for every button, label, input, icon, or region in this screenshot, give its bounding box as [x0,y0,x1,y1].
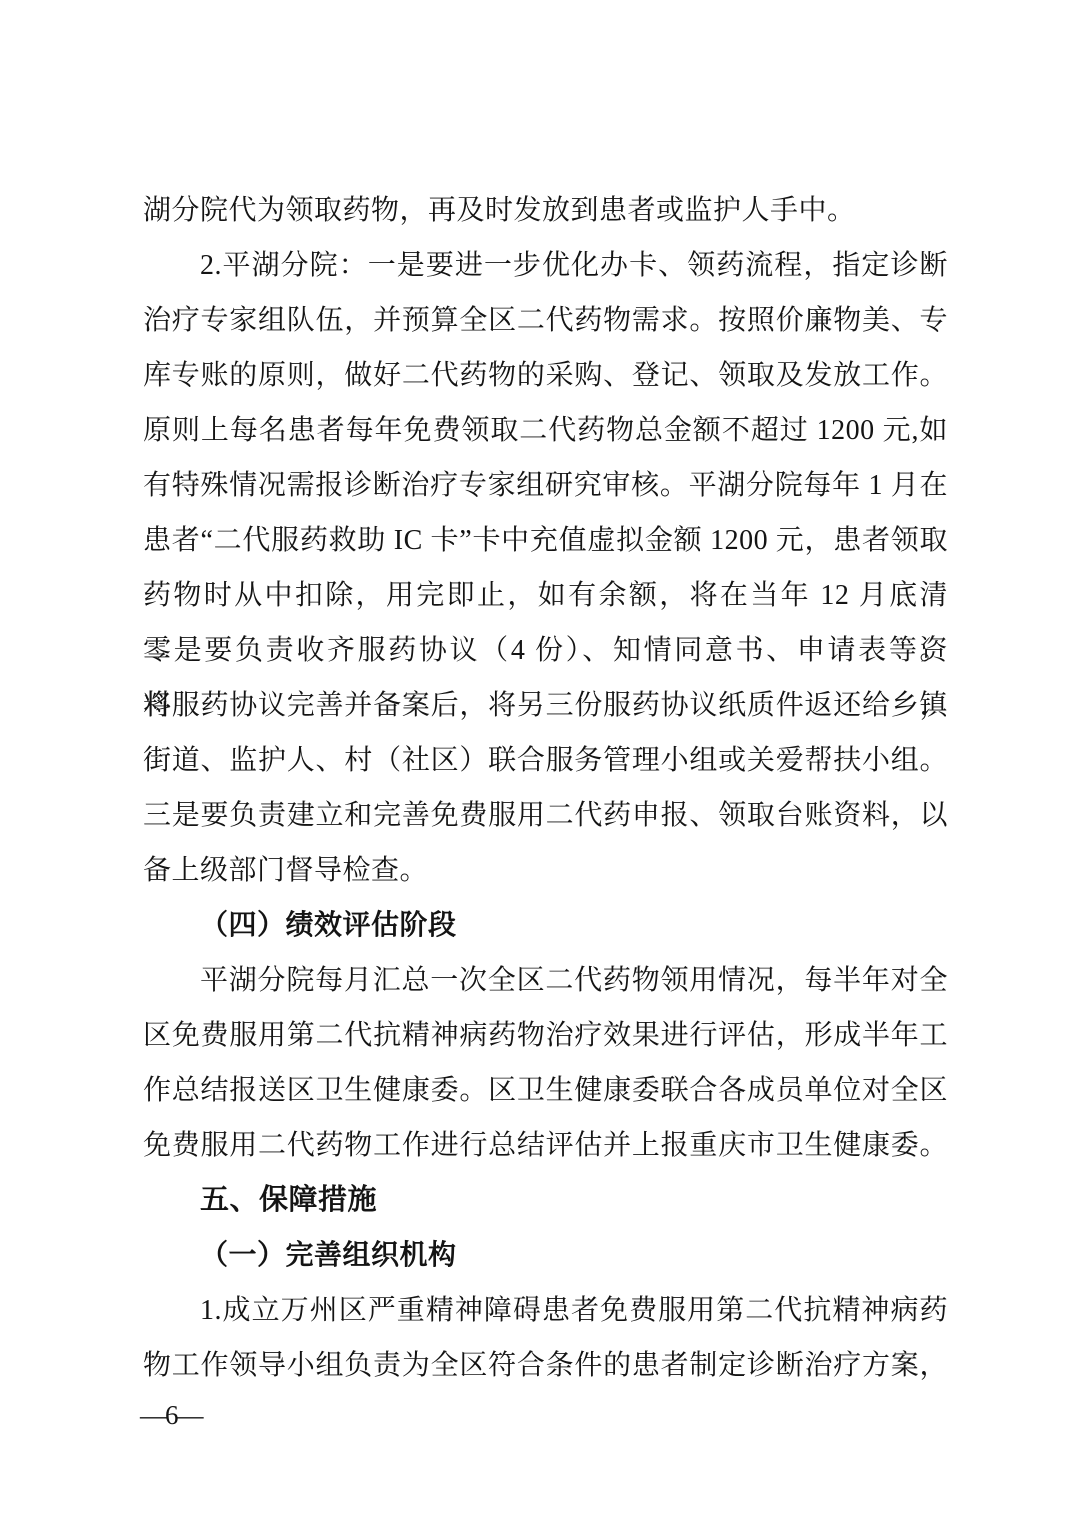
section-heading-level1: 五、保障措施 [143,1173,948,1228]
paragraph-start-line: 平湖分院每月汇总一次全区二代药物领用情况，每半年对全 [143,953,948,1008]
body-line: 备上级部门督导检查。 [143,843,948,898]
body-line: 二是要负责收齐服药协议（4 份）、知情同意书、申请表等资料， [143,623,948,678]
document-page: 湖分院代为领取药物，再及时发放到患者或监护人手中。 2.平湖分院：一是要进一步优… [0,0,1074,1520]
body-line: 街道、监护人、村（社区）联合服务管理小组或关爱帮扶小组。 [143,733,948,788]
section-heading-level2: （四）绩效评估阶段 [143,898,948,953]
body-line: 区免费服用第二代抗精神病药物治疗效果进行评估，形成半年工 [143,1008,948,1063]
body-line: 免费服用二代药物工作进行总结评估并上报重庆市卫生健康委。 [143,1118,948,1173]
body-line: 将服药协议完善并备案后，将另三份服药协议纸质件返还给乡镇 [143,678,948,733]
document-body: 湖分院代为领取药物，再及时发放到患者或监护人手中。 2.平湖分院：一是要进一步优… [143,183,948,1393]
body-line: 库专账的原则，做好二代药物的采购、登记、领取及发放工作。 [143,348,948,403]
body-line: 物工作领导小组负责为全区符合条件的患者制定诊断治疗方案， [143,1338,948,1393]
paragraph-start-line: 1.成立万州区严重精神障碍患者免费服用第二代抗精神病药 [143,1283,948,1338]
body-line: 有特殊情况需报诊断治疗专家组研究审核。平湖分院每年 1 月在 [143,458,948,513]
body-line: 治疗专家组队伍，并预算全区二代药物需求。按照价廉物美、专 [143,293,948,348]
page-number: —6— [140,1395,202,1435]
body-line: 药物时从中扣除，用完即止，如有余额，将在当年 12 月底清零。 [143,568,948,623]
body-line: 患者“二代服药救助 IC 卡”卡中充值虚拟金额 1200 元，患者领取 [143,513,948,568]
body-line: 原则上每名患者每年免费领取二代药物总金额不超过 1200 元,如 [143,403,948,458]
paragraph-start-line: 2.平湖分院：一是要进一步优化办卡、领药流程，指定诊断 [143,238,948,293]
body-line: 作总结报送区卫生健康委。区卫生健康委联合各成员单位对全区 [143,1063,948,1118]
section-heading-level2: （一）完善组织机构 [143,1228,948,1283]
body-line: 湖分院代为领取药物，再及时发放到患者或监护人手中。 [143,183,948,238]
body-line: 三是要负责建立和完善免费服用二代药申报、领取台账资料，以 [143,788,948,843]
